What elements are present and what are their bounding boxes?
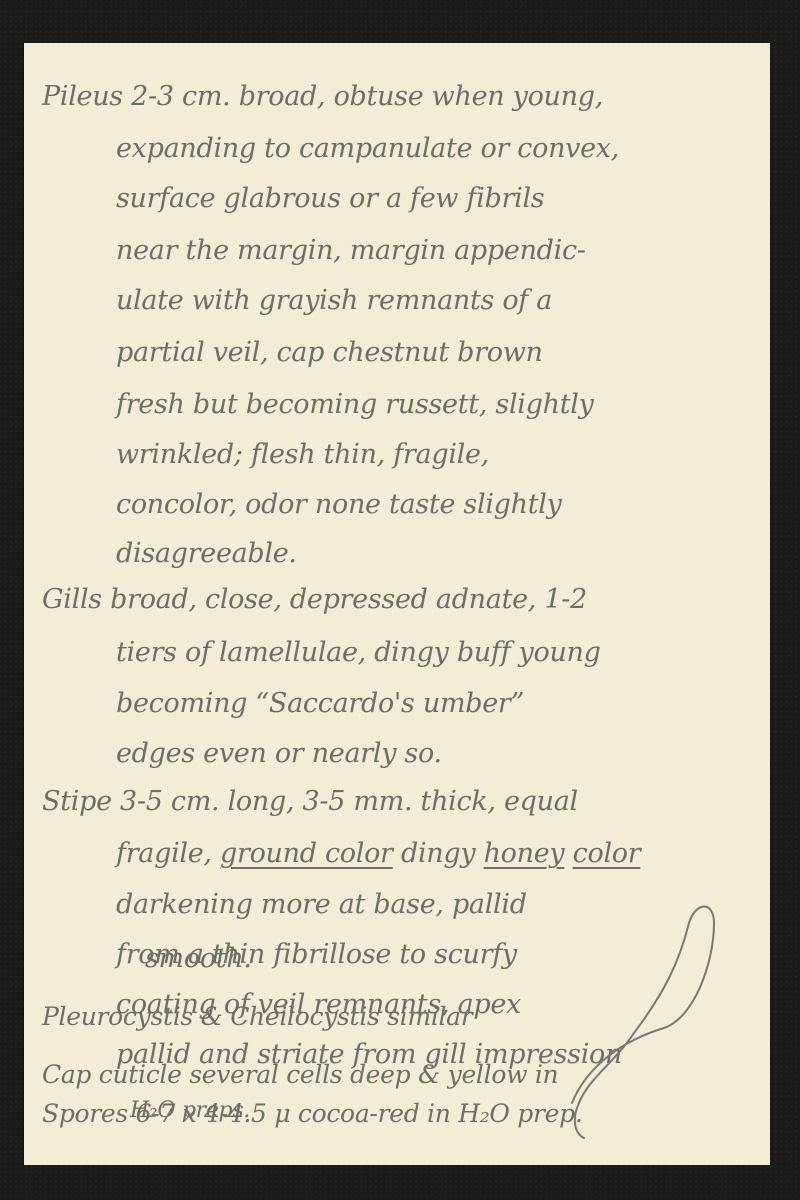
underlined-color: color <box>573 838 641 869</box>
pileus-line-6: partial veil, cap chestnut brown <box>116 339 543 366</box>
gills-line-1: Gills broad, close, depressed adnate, 1-… <box>42 586 587 613</box>
pileus-line-3: surface glabrous or a few fibrils <box>116 185 544 212</box>
underlined-ground-color: ground color <box>220 838 393 869</box>
stipe-text: dingy <box>393 838 484 869</box>
pileus-line-2: expanding to campanulate or convex, <box>116 135 619 162</box>
pileus-line-8: wrinkled; flesh thin, fragile, <box>116 441 489 468</box>
pileus-line-10: disagreeable. <box>116 540 297 567</box>
spores-line-2: smooth. <box>145 945 252 972</box>
spores-line-1: Spores 6-7 x 4-4.5 μ cocoa-red in H₂O pr… <box>42 1101 582 1126</box>
pileus-line-9: concolor, odor none taste slightly <box>116 491 562 518</box>
stipe-text <box>564 838 572 869</box>
gills-line-3: becoming “Saccardo's umber” <box>116 690 524 717</box>
pileus-line-1: Pileus 2-3 cm. broad, obtuse when young, <box>42 83 603 110</box>
pileus-line-4: near the margin, margin appendic- <box>116 237 586 264</box>
stipe-line-3: darkening more at base, pallid <box>116 891 527 918</box>
stipe-text: fragile, <box>116 838 220 869</box>
gills-line-2: tiers of lamellulae, dingy buff young <box>116 639 601 666</box>
underlined-honey: honey <box>484 838 565 869</box>
cap-cuticle-line-1: Cap cuticle several cells deep & yellow … <box>42 1062 558 1087</box>
pileus-line-5: ulate with grayish remnants of a <box>116 287 552 314</box>
pileus-line-7: fresh but becoming russett, slightly <box>116 391 594 418</box>
cystidia-line: Pleurocystis & Cheilocystis similar <box>42 1004 472 1029</box>
specimen-note-card: Pileus 2-3 cm. broad, obtuse when young,… <box>24 43 770 1165</box>
stipe-line-1: Stipe 3-5 cm. long, 3-5 mm. thick, equal <box>42 788 578 815</box>
gills-line-4: edges even or nearly so. <box>116 740 442 767</box>
stipe-line-2: fragile, ground color dingy honey color <box>116 840 640 867</box>
cap-cuticle-line-2: H₂O preps. <box>130 1100 250 1122</box>
